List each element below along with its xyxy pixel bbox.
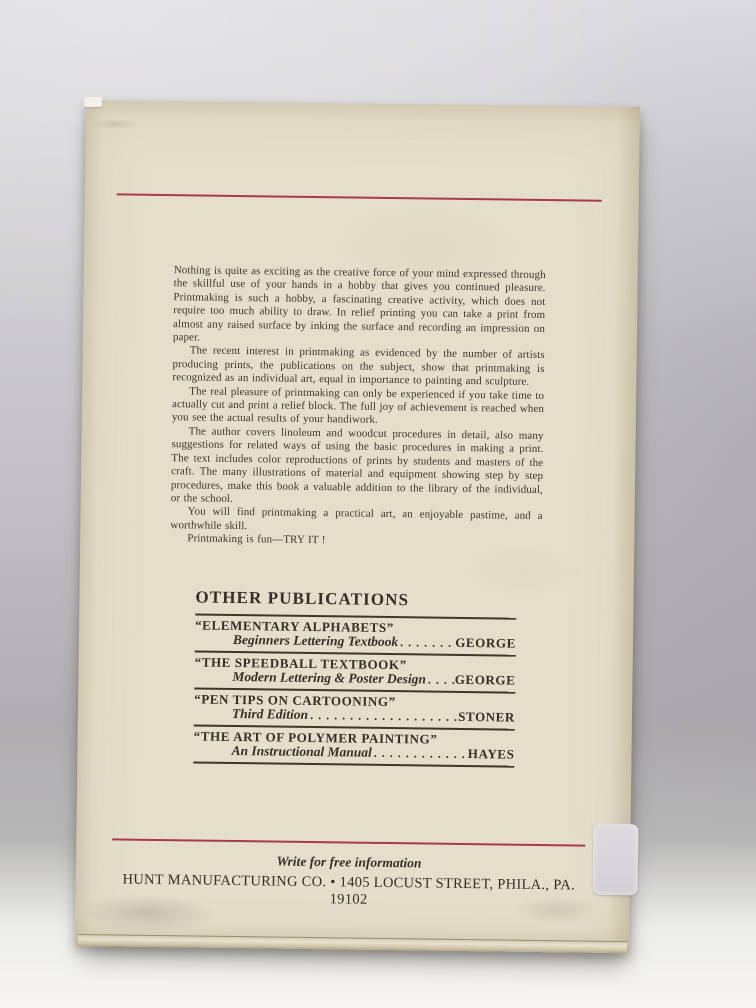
publication-subtitle: Beginners Lettering Textbook	[233, 633, 398, 649]
dot-leader: . . . . . . . . . . . . . . . . . . . . …	[308, 708, 458, 724]
other-publications-heading: OTHER PUBLICATIONS	[195, 587, 516, 610]
page-block-edge	[78, 934, 627, 953]
dot-leader: . . . . . . . . . . . . . . . . . . . . …	[372, 746, 468, 761]
book-back-cover: Nothing is quite as exciting as the crea…	[75, 100, 640, 953]
publication-item: “ELEMENTARY ALPHABETS” Beginners Letteri…	[195, 615, 516, 656]
back-cover-blurb: Nothing is quite as exciting as the crea…	[170, 264, 546, 550]
other-publications-section: OTHER PUBLICATIONS “ELEMENTARY ALPHABETS…	[193, 587, 516, 767]
dot-leader: . . . . . . . . . . . . . . . . . . . . …	[398, 635, 455, 650]
publication-author: GEORGE	[455, 636, 516, 651]
photo-background: Nothing is quite as exciting as the crea…	[0, 0, 756, 1008]
free-info-tagline: Write for free information	[116, 851, 582, 873]
library-sticker	[593, 824, 639, 896]
publication-subtitle: Third Edition	[232, 707, 308, 722]
publication-item: “THE SPEEDBALL TEXTBOOK” Modern Letterin…	[194, 652, 515, 693]
dot-leader: . . . . . . . . . . . . . . . . . . . . …	[426, 673, 455, 687]
blurb-paragraph: The real pleasure of printmaking can onl…	[172, 385, 544, 430]
corner-chip	[84, 97, 102, 108]
publication-item: “PEN TIPS ON CARTOONING” Third Edition .…	[194, 689, 515, 730]
publication-author: GEORGE	[455, 673, 516, 688]
blurb-paragraph: The recent interest in printmaking as ev…	[172, 345, 544, 390]
publication-subtitle: Modern Lettering & Poster Design	[232, 670, 426, 687]
bottom-accent-line	[112, 838, 585, 846]
blurb-paragraph: Nothing is quite as exciting as the crea…	[173, 264, 546, 349]
top-accent-line	[117, 193, 602, 201]
publisher-footer: Write for free information HUNT MANUFACT…	[115, 851, 582, 911]
publication-subtitle: An Instructional Manual	[231, 744, 371, 760]
blurb-paragraph: The author covers linoleum and woodcut p…	[171, 425, 544, 510]
publication-author: STONER	[458, 710, 515, 725]
publication-author: HAYES	[468, 747, 515, 762]
publications-list: “ELEMENTARY ALPHABETS” Beginners Letteri…	[193, 613, 516, 767]
publication-item: “THE ART OF POLYMER PAINTING” An Instruc…	[193, 726, 514, 767]
company-address-line: HUNT MANUFACTURING CO. • 1405 LOCUST STR…	[115, 871, 581, 911]
